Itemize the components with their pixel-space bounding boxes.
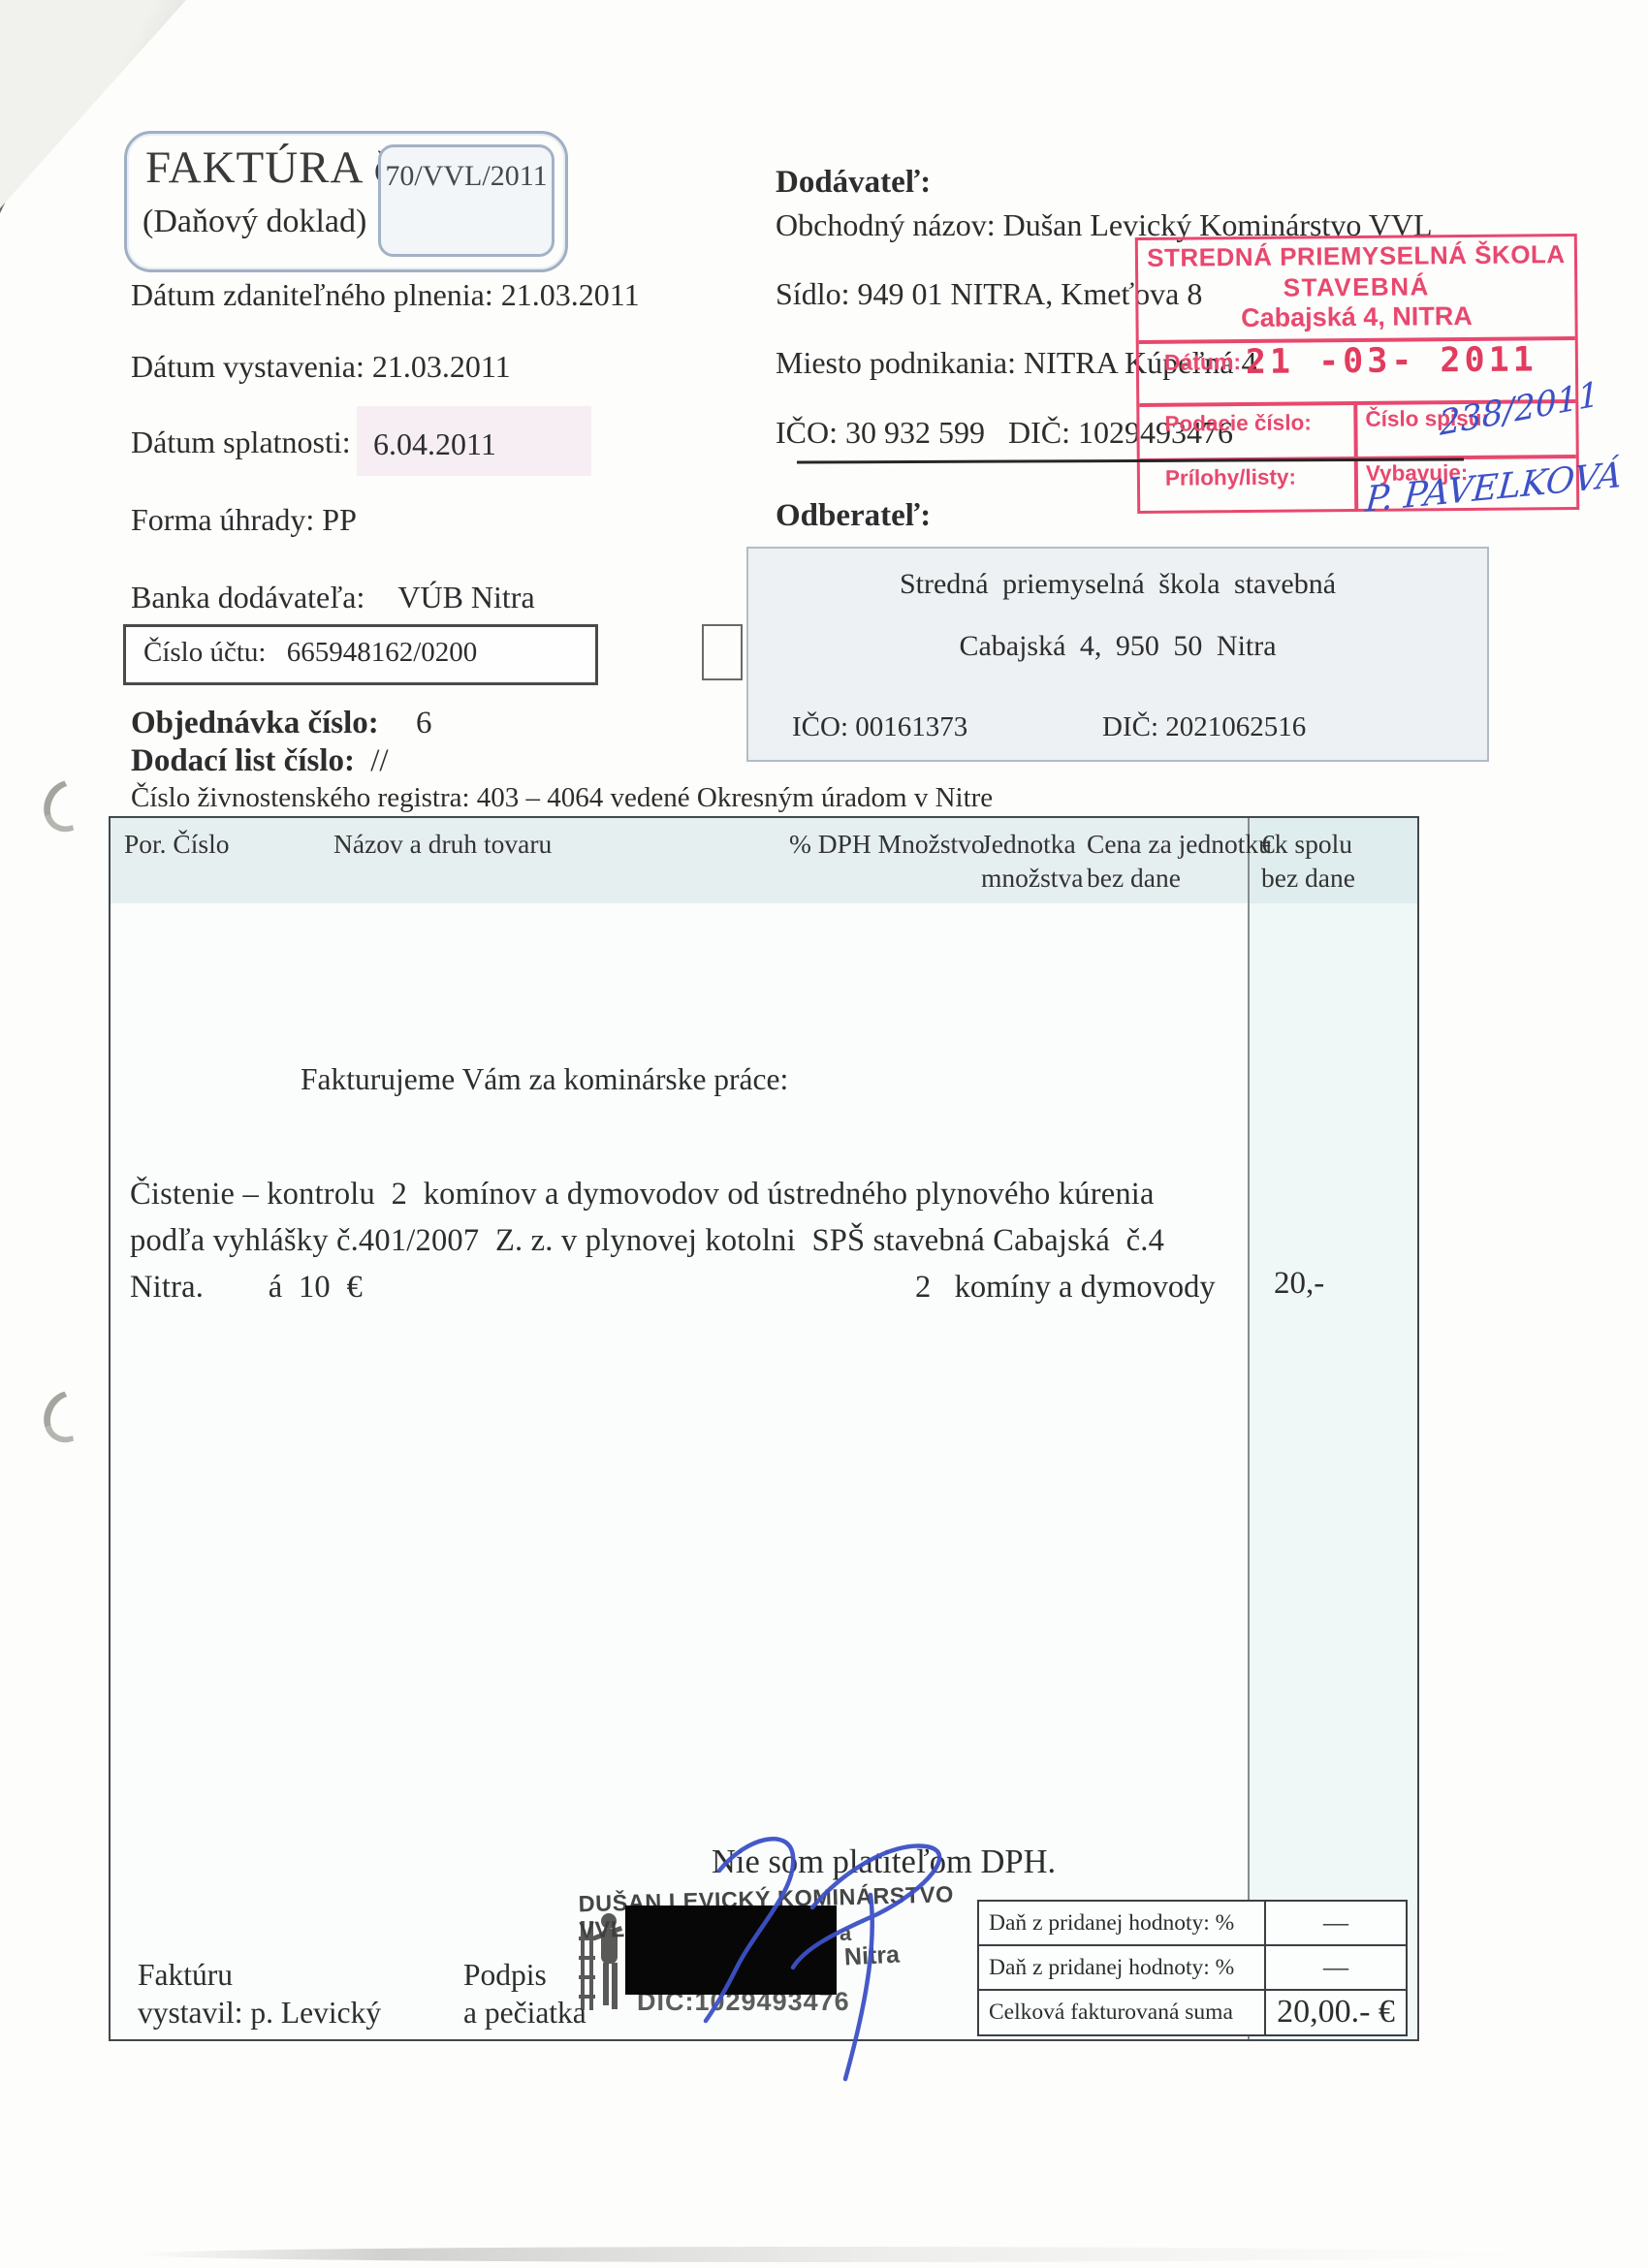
account-number-value: 665948162/0200 [287, 637, 478, 668]
account-number-box: Číslo účtu: 665948162/0200 [123, 624, 598, 685]
issued-by-line1: Faktúru [138, 1956, 381, 1994]
customer-ico: IČO: 00161373 [792, 711, 967, 743]
invoice-number: 70/VVL/2011 [381, 147, 552, 193]
item-quantity: 2 komíny a dymovody [915, 1270, 1216, 1306]
payment-form-row: Forma úhrady: PP [131, 502, 357, 538]
stamp-date-label: Dátum: [1164, 349, 1241, 376]
staple-mark [35, 772, 101, 840]
item-description-line: Nitra. á 10 € [130, 1270, 363, 1306]
col-header-unit: Jednotkamnožstva [981, 827, 1083, 895]
supplier-heading: Dodávateľ: [776, 165, 931, 201]
order-number-label: Objednávka číslo: [131, 706, 379, 740]
invoice-number-box: 70/VVL/2011 [378, 144, 555, 257]
issued-by-caption: Faktúru vystavil: p. Levický [138, 1956, 381, 2032]
issue-date-label: Dátum vystavenia: [131, 349, 364, 384]
col-header-vat-qty: % DPH Množstvo [789, 827, 985, 861]
total-column-tint [1248, 818, 1417, 2039]
registry-stamp: STREDNÁ PRIEMYSELNÁ ŠKOLA STAVEBNÁ Cabaj… [1135, 234, 1579, 514]
customer-heading: Odberateľ: [776, 498, 931, 534]
totals-value: — [1266, 1902, 1406, 1944]
payment-form-label: Forma úhrady: [131, 502, 314, 537]
handwritten-signature [669, 1820, 1154, 2101]
signature-caption-line1: Podpis [463, 1956, 586, 1994]
stamp-date-value: 21 -03- 2011 [1246, 340, 1537, 382]
customer-name: Stredná priemyselná škola stavebná [748, 568, 1487, 601]
invoice-title: FAKTÚRA č. [145, 142, 407, 194]
stamp-school-name: STREDNÁ PRIEMYSELNÁ ŠKOLA [1138, 239, 1574, 273]
grand-total-value: 20,00.- € [1266, 1991, 1406, 2034]
trade-register-line: Číslo živnostenského registra: 403 – 406… [131, 782, 993, 814]
order-number-value: 6 [416, 706, 432, 740]
signature-caption-line2: a pečiatka [463, 1994, 586, 2032]
stamp-school-address: Cabajská 4, NITRA [1138, 300, 1574, 334]
stamp-school-name-2: STAVEBNÁ [1138, 270, 1574, 304]
payment-form-value: PP [322, 502, 357, 537]
col-header-item-number: Por. Číslo [124, 827, 230, 861]
issue-date-row: Dátum vystavenia: 21.03.2011 [131, 349, 511, 385]
item-description-line: Čistenie – kontrolu 2 komínov a dymovodo… [130, 1177, 1155, 1213]
col-header-unit-price: Cena za jednotkubez dane [1087, 827, 1272, 895]
due-date-value: 6.04.2011 [373, 426, 496, 462]
item-description-line: podľa vyhlášky č.401/2007 Z. z. v plynov… [130, 1223, 1164, 1259]
chimney-sweep-figure-icon [576, 1909, 626, 2016]
delivery-note-row: Dodací list číslo: // [131, 743, 389, 779]
stamp-filing-number-label: Podacie číslo: [1164, 410, 1312, 436]
customer-address: Cabajská 4, 950 50 Nitra [748, 630, 1487, 663]
taxable-date-row: Dátum zdaniteľného plnenia: 21.03.2011 [131, 277, 640, 313]
stamp-file-number-handwritten: 238/2011 [1439, 375, 1600, 444]
stamp-column-divider [1353, 401, 1357, 509]
account-number-label: Číslo účtu: [143, 637, 266, 668]
customer-box: Stredná priemyselná škola stavebná Cabaj… [746, 547, 1489, 762]
item-total-value: 20,- [1274, 1266, 1324, 1302]
issue-date-value: 21.03.2011 [372, 349, 511, 384]
delivery-note-label: Dodací list číslo: [131, 743, 355, 778]
customer-box-notch [702, 624, 743, 680]
scanned-invoice-page: FAKTÚRA č. 70/VVL/2011 (Daňový doklad) D… [0, 0, 1648, 2268]
invoice-subtitle: (Daňový doklad) [143, 204, 366, 240]
customer-dic: DIČ: 2021062516 [1102, 711, 1306, 743]
col-header-total: €k spolubez dane [1261, 827, 1355, 895]
issued-by-line2: vystavil: p. Levický [138, 1994, 381, 2032]
invoice-intro-line: Fakturujeme Vám za kominárske práce: [301, 1062, 788, 1097]
col-header-description: Názov a druh tovaru [333, 827, 552, 861]
total-column-divider [1248, 818, 1250, 2039]
order-number-row: Objednávka číslo: 6 [131, 706, 432, 741]
supplier-bank-row: Banka dodávateľa: VÚB Nitra [131, 580, 535, 615]
supplier-bank-label: Banka dodávateľa: [131, 580, 364, 614]
signature-caption: Podpis a pečiatka [463, 1956, 586, 2032]
taxable-date-value: 21.03.2011 [501, 277, 640, 312]
taxable-date-label: Dátum zdaniteľného plnenia: [131, 277, 493, 312]
stamp-attachments-label: Prílohy/listy: [1165, 465, 1296, 491]
totals-value: — [1266, 1946, 1406, 1989]
supplier-bank-value: VÚB Nitra [397, 580, 534, 614]
scan-smudge [136, 2247, 1522, 2262]
delivery-note-value: // [370, 743, 388, 778]
due-date-label: Dátum splatnosti: [131, 425, 351, 460]
staple-mark [35, 1382, 101, 1451]
